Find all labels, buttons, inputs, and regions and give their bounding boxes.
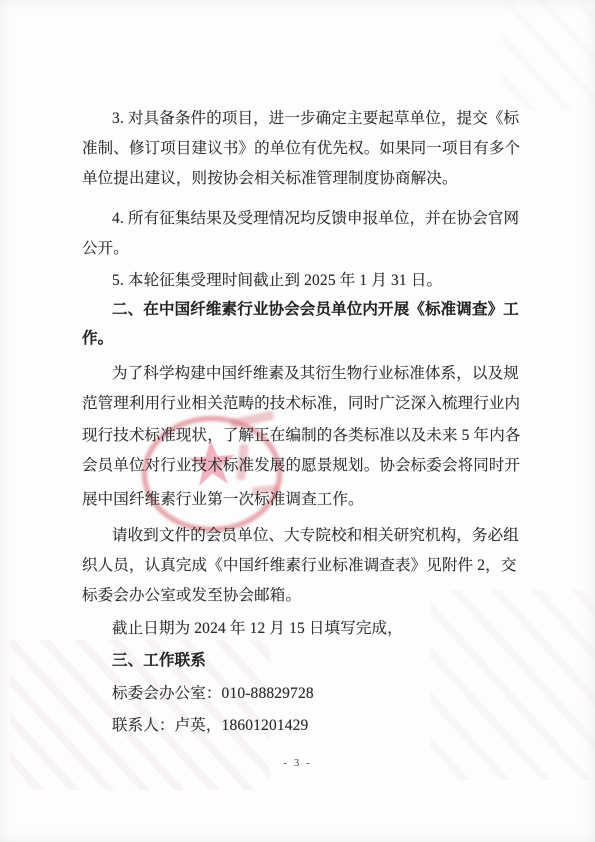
paragraph-line: 为了科学构建中国纤维素及其衍生物行业标准体系，以及规 [112, 363, 519, 385]
paragraph-line: 标委会办公室或发至协会邮箱。 [82, 585, 301, 607]
scan-streak [430, 590, 595, 780]
list-item-3-line: 3. 对具备条件的项目，进一步确定主要起草单位，提交《标 [112, 108, 519, 130]
section-2-heading-line: 作。 [82, 328, 113, 350]
paragraph-line: 会员单位对行业技术标准发展的愿景规划。协会标委会将同时开 [82, 455, 520, 477]
list-item-4-line: 4. 所有征集结果及受理情况均反馈申报单位，并在协会官网 [112, 208, 519, 230]
paragraph-line: 现行技术标准现状，了解正在编制的各类标准以及未来 5 年内各 [82, 425, 521, 447]
contact-person-line: 联系人：卢英，18601201429 [112, 715, 308, 737]
scan-streak [500, 0, 595, 110]
paragraph-line: 范管理利用行业相关范畴的技术标准，同时广泛深入梳理行业内 [82, 393, 520, 415]
document-page: 3. 对具备条件的项目，进一步确定主要起草单位，提交《标 准制、修订项目建议书》… [0, 0, 595, 842]
section-2-heading-line: 二、在中国纤维素行业协会会员单位内开展《标准调查》工 [112, 299, 519, 321]
section-3-heading: 三、工作联系 [112, 650, 206, 672]
list-item-4-line: 公开。 [82, 238, 129, 260]
paragraph-line: 请收到文件的会员单位、大专院校和相关研究机构，务必组 [112, 525, 519, 547]
deadline-line: 截止日期为 2024 年 12 月 15 日填写完成， [112, 618, 403, 640]
office-phone-line: 标委会办公室：010-88829728 [112, 683, 314, 705]
paragraph-line: 展中国纤维素行业第一次标准调查工作。 [82, 489, 364, 511]
list-item-3-line: 单位提出建议，则按协会相关标准管理制度协商解决。 [82, 168, 458, 190]
list-item-5-line: 5. 本轮征集受理时间截止到 2025 年 1 月 31 日。 [112, 270, 442, 292]
page-number: - 3 - [0, 757, 595, 769]
paragraph-line: 织人员，认真完成《中国纤维素行业标准调查表》见附件 2，交 [82, 555, 516, 577]
list-item-3-line: 准制、修订项目建议书》的单位有优先权。如果同一项目有多个 [82, 138, 520, 160]
